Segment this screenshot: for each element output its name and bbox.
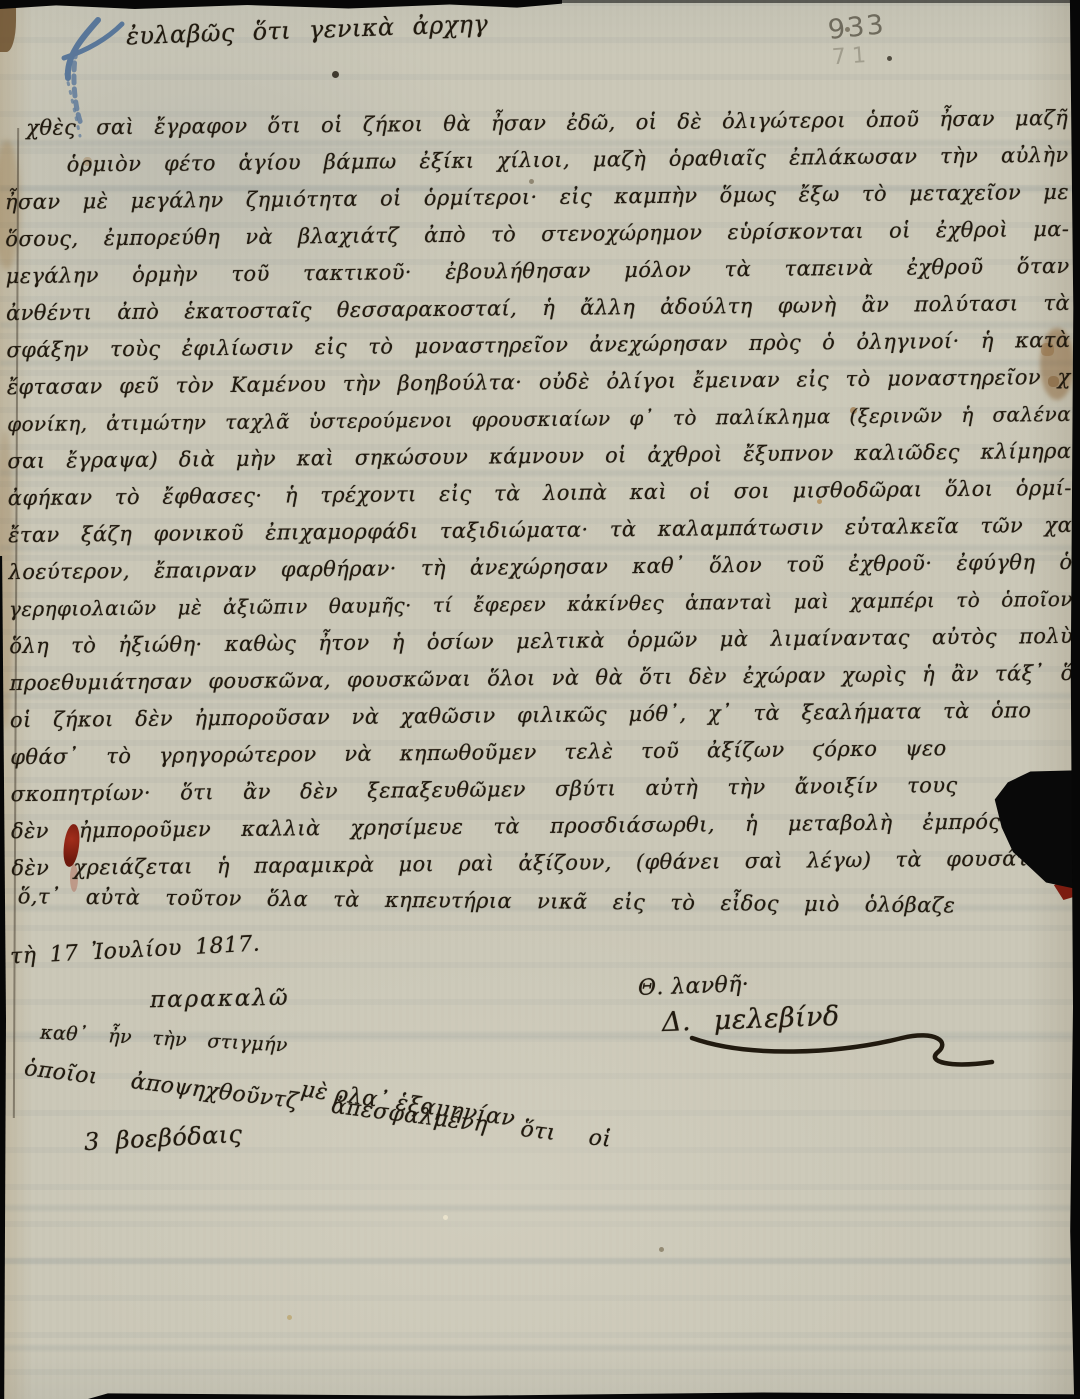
postscript-line: καθ᾽ ἦν τὴν στιγμήν — [40, 1022, 289, 1057]
letter-body: χθὲς σαὶ ἔγραφον ὅτι οἱ ζήκοι θὰ ἦσαν ἐδ… — [4, 101, 1076, 925]
archive-number: 933 — [827, 9, 887, 46]
closing-word: Θ. λανθῆ· — [638, 972, 750, 1001]
scan-edge-top — [0, 0, 562, 9]
farewell-word: παρακαλῶ — [150, 985, 290, 1013]
archive-number-secondary: 71 — [831, 43, 873, 71]
signature-flourish — [688, 1028, 1008, 1072]
postscript-line: 3 βοεβόδαις — [83, 1120, 243, 1156]
date-line: τὴ 17 Ἰουλίου 1817. — [10, 931, 261, 969]
paper-streak — [0, 1345, 1080, 1351]
scan-edge-bottom — [88, 1391, 1080, 1399]
manuscript-line: ὅ,τ᾽ αὐτὰ τοῦτον ὅλα τὰ κηπευτήρια νικᾶ … — [12, 879, 933, 925]
paper-streak — [0, 1205, 1080, 1211]
paper-streak — [0, 1258, 1080, 1264]
manuscript-scan-page: 933 71 ἐυλαβῶς ὅτι γενικὰ ἀρχηγ χθὲς σαὶ… — [0, 0, 1080, 1399]
header-note: ἐυλαβῶς ὅτι γενικὰ ἀρχηγ — [126, 10, 489, 51]
